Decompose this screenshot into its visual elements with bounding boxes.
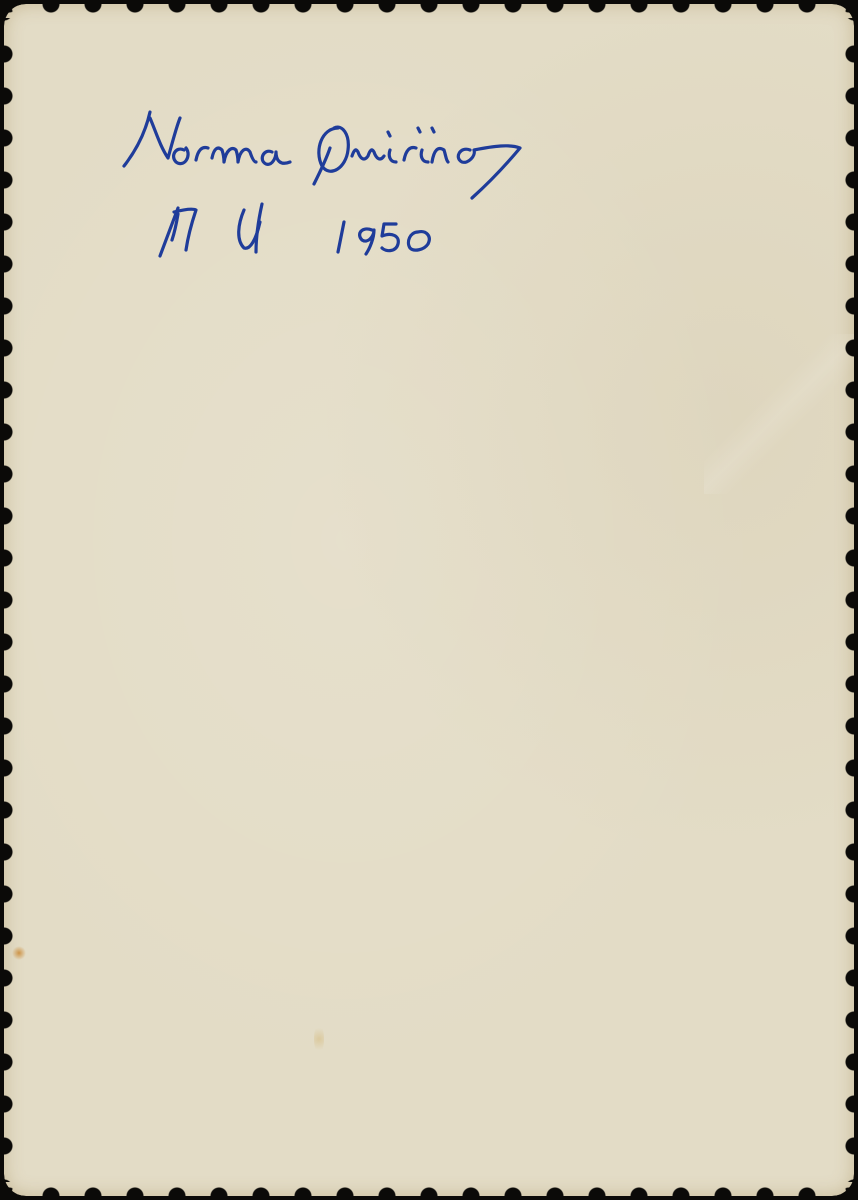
handwritten-inscription: [0, 0, 858, 1200]
handwriting-ku: [160, 204, 262, 256]
handwriting-1950: [338, 222, 429, 254]
handwriting-quiring: [314, 127, 520, 198]
handwriting-norma: [124, 112, 290, 166]
